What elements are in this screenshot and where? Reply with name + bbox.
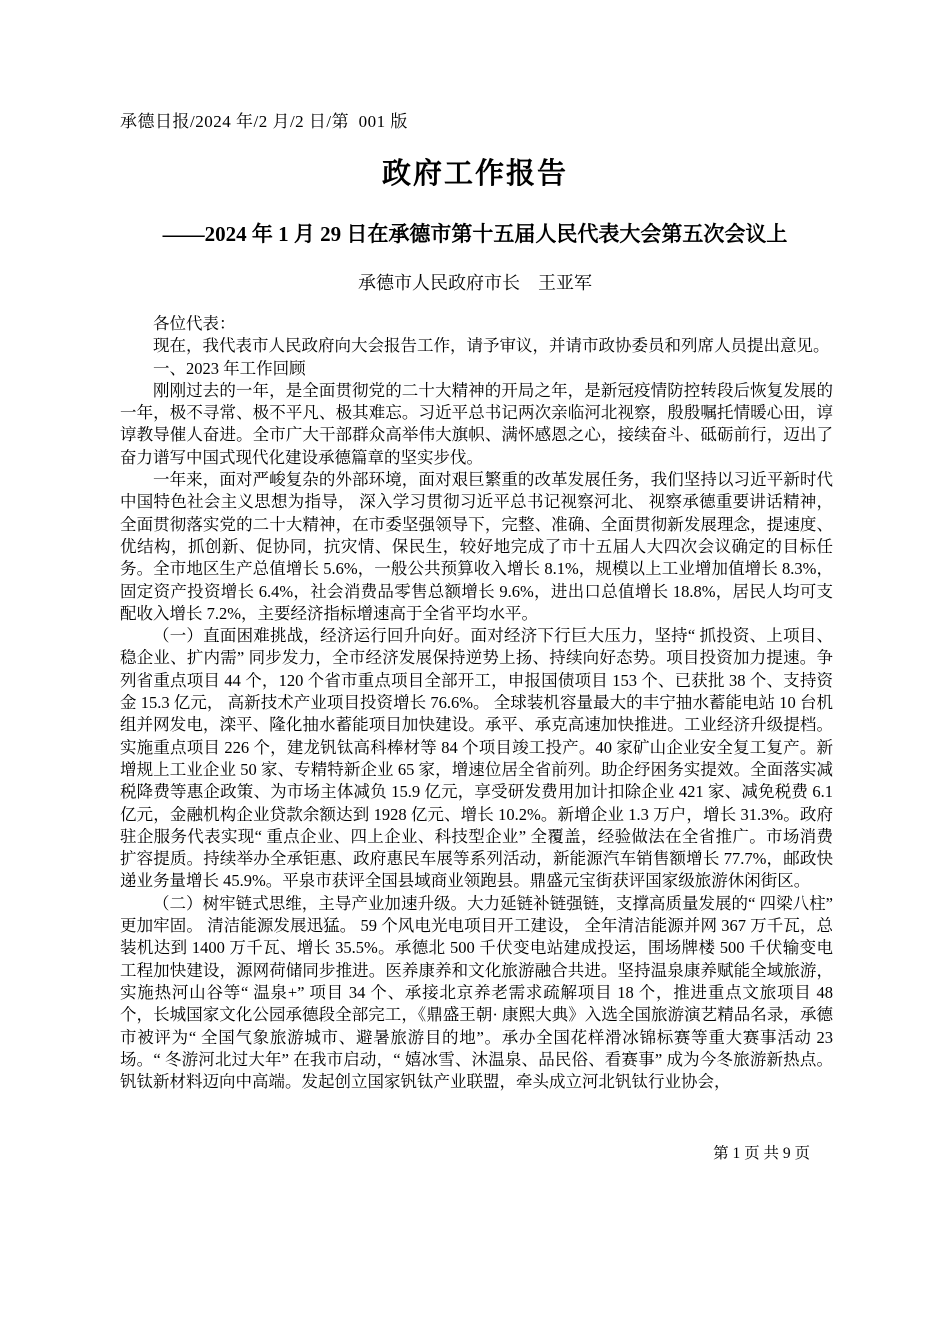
- paragraph: 各位代表：: [120, 313, 833, 335]
- paragraph: 现在，我代表市人民政府向大会报告工作，请予审议，并请市政协委员和列席人员提出意见…: [120, 335, 833, 357]
- report-subtitle: ——2024 年 1 月 29 日在承德市第十五届人民代表大会第五次会议上: [0, 218, 950, 248]
- paragraph: 刚刚过去的一年，是全面贯彻党的二十大精神的开局之年，是新冠疫情防控转段后恢复发展…: [120, 380, 833, 469]
- paragraph: 一、2023 年工作回顾: [120, 358, 833, 380]
- paragraph: （一）直面困难挑战，经济运行回升向好。面对经济下行巨大压力，坚持“ 抓投资、上项…: [120, 625, 833, 893]
- paragraph: 一年来，面对严峻复杂的外部环境，面对艰巨繁重的改革发展任务，我们坚持以习近平新时…: [120, 469, 833, 625]
- document-page: 承德日报/2024 年/2 月/2 日/第 001 版 政府工作报告 ——202…: [0, 0, 950, 1344]
- masthead: 承德日报/2024 年/2 月/2 日/第 001 版: [120, 107, 408, 132]
- page-number: 第 1 页 共 9 页: [713, 1141, 810, 1163]
- report-body: 各位代表：现在，我代表市人民政府向大会报告工作，请予审议，并请市政协委员和列席人…: [120, 313, 833, 1093]
- report-title: 政府工作报告: [0, 151, 950, 192]
- paragraph: （二）树牢链式思维，主导产业加速升级。大力延链补链强链，支撑高质量发展的“ 四梁…: [120, 893, 833, 1094]
- byline: 承德市人民政府市长 王亚军: [0, 269, 950, 295]
